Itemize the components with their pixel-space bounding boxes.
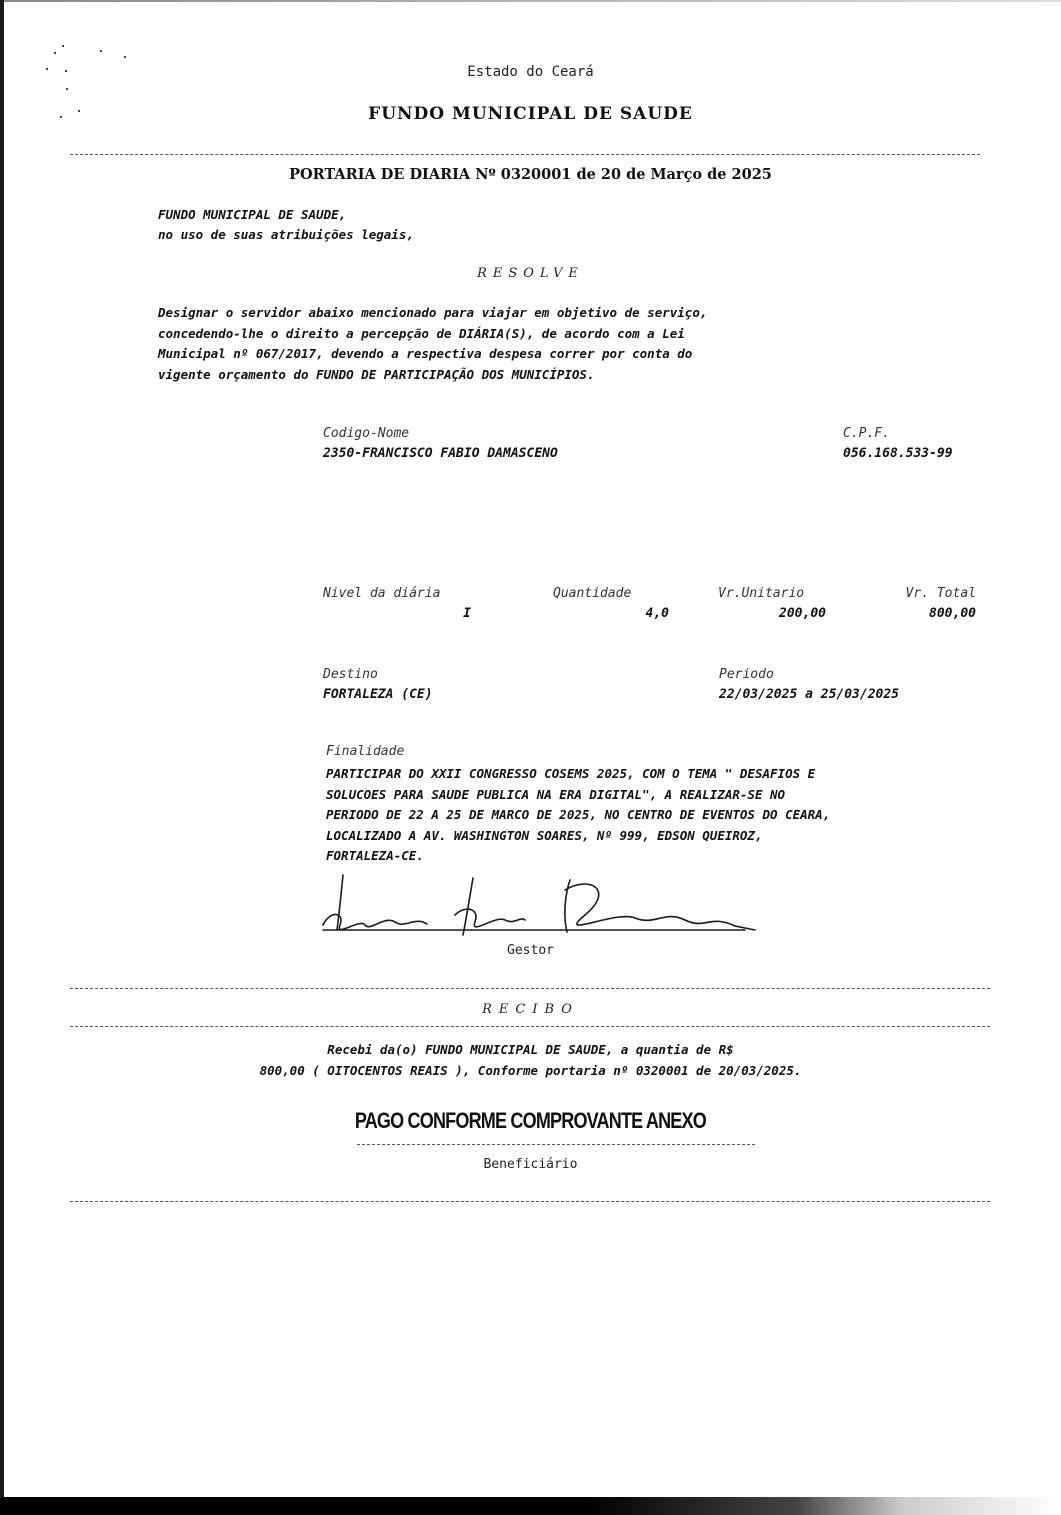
nivel-label: Nivel da diária	[323, 586, 440, 601]
receipt-line: Recebi da(o) FUNDO MUNICIPAL DE SAUDE, a…	[0, 1040, 1061, 1061]
finalidade-line: PERIODO DE 22 A 25 DE MARCO DE 2025, NO …	[326, 805, 986, 826]
beneficiario-label: Beneficiário	[0, 1157, 1061, 1172]
intro-line: no uso de suas atribuições legais,	[158, 225, 414, 245]
scan-edge-top	[0, 0, 1061, 2]
finalidade-line: SOLUCOES PARA SAUDE PUBLICA NA ERA DIGIT…	[326, 785, 986, 806]
cpf-label: C.P.F.	[843, 426, 890, 441]
gestor-label: Gestor	[0, 943, 1061, 958]
finalidade-line: FORTALEZA-CE.	[326, 846, 986, 867]
divider	[70, 988, 990, 989]
intro-line: FUNDO MUNICIPAL DE SAUDE,	[158, 205, 414, 225]
paid-stamp: PAGO CONFORME COMPROVANTE ANEXO	[95, 1108, 965, 1134]
finalidade-line: LOCALIZADO A AV. WASHINGTON SOARES, Nº 9…	[326, 826, 986, 847]
signature-line	[357, 1144, 755, 1145]
divider	[70, 1026, 990, 1027]
resolution-line: concedendo-lhe o direito a percepção de …	[158, 324, 918, 345]
resolution-line: Municipal nº 067/2017, devendo a respect…	[158, 344, 918, 365]
fund-title: FUNDO MUNICIPAL DE SAUDE	[0, 104, 1061, 124]
divider	[70, 1201, 990, 1202]
scan-edge-bottom	[0, 1497, 1061, 1515]
codigo-nome-value: 2350-FRANCISCO FABIO DAMASCENO	[323, 446, 558, 461]
quantidade-value: 4,0	[553, 606, 669, 621]
vr-unitario-value: 200,00	[718, 606, 826, 621]
destino-value: FORTALEZA (CE)	[323, 687, 433, 702]
finalidade-label: Finalidade	[326, 744, 404, 759]
quantidade-label: Quantidade	[553, 586, 631, 601]
divider	[70, 154, 980, 155]
resolution-line: Designar o servidor abaixo mencionado pa…	[158, 303, 918, 324]
periodo-label: Periodo	[719, 667, 774, 682]
periodo-value: 22/03/2025 a 25/03/2025	[719, 687, 899, 702]
finalidade-text: PARTICIPAR DO XXII CONGRESSO COSEMS 2025…	[326, 764, 986, 867]
portaria-title: PORTARIA DE DIARIA Nº 0320001 de 20 de M…	[0, 166, 1061, 183]
receipt-line: 800,00 ( OITOCENTOS REAIS ), Conforme po…	[0, 1061, 1061, 1082]
receipt-text: Recebi da(o) FUNDO MUNICIPAL DE SAUDE, a…	[0, 1040, 1061, 1081]
intro-block: FUNDO MUNICIPAL DE SAUDE, no uso de suas…	[158, 205, 414, 245]
nivel-value: I	[323, 606, 471, 621]
resolution-text: Designar o servidor abaixo mencionado pa…	[158, 303, 918, 385]
destino-label: Destino	[323, 667, 378, 682]
resolution-line: vigente orçamento do FUNDO DE PARTICIPAÇ…	[158, 365, 918, 386]
state-name: Estado do Ceará	[0, 64, 1061, 80]
vr-total-value: 800,00	[860, 606, 976, 621]
document-page: Estado do Ceará FUNDO MUNICIPAL DE SAUDE…	[0, 0, 1061, 1515]
codigo-nome-label: Codigo-Nome	[323, 426, 409, 441]
resolve-heading: RESOLVE	[0, 266, 1061, 281]
vr-unitario-label: Vr.Unitario	[718, 586, 804, 601]
signature-image	[315, 870, 765, 940]
recibo-heading: RECIBO	[0, 1002, 1061, 1017]
scan-edge-left	[0, 0, 4, 1515]
finalidade-line: PARTICIPAR DO XXII CONGRESSO COSEMS 2025…	[326, 764, 986, 785]
cpf-value: 056.168.533-99	[843, 446, 953, 461]
vr-total-label: Vr. Total	[860, 586, 976, 601]
